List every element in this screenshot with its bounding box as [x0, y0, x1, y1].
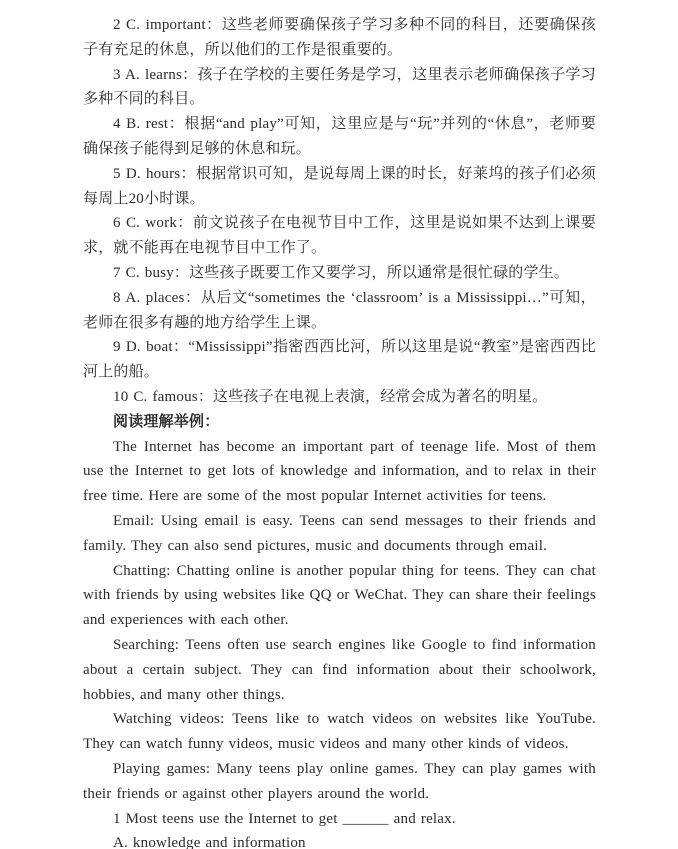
answer-explanation-2: 2 C. important：这些老师要确保孩子学习多种不同的科目，还要确保孩子…: [83, 13, 596, 63]
answer-explanation-7: 7 C. busy：这些孩子既要工作又要学习，所以通常是很忙碌的学生。: [83, 261, 596, 286]
answer-explanation-4: 4 B. rest：根据“and play”可知，这里应是与“玩”并列的“休息”…: [83, 112, 596, 162]
reading-passage-email: Email: Using email is easy. Teens can se…: [83, 509, 596, 559]
answer-explanation-10: 10 C. famous：这些孩子在电视上表演，经常会成为著名的明星。: [83, 385, 596, 410]
question-1: 1 Most teens use the Internet to get ___…: [83, 807, 596, 832]
answer-explanation-9: 9 D. boat：“Mississippi”指密西西比河，所以这里是说“教室”…: [83, 335, 596, 385]
answer-explanation-3: 3 A. learns：孩子在学校的主要任务是学习，这里表示老师确保孩子学习多种…: [83, 63, 596, 113]
section-heading-reading-comprehension: 阅读理解举例：: [83, 410, 596, 435]
answer-explanation-6: 6 C. work：前文说孩子在电视节目中工作，这里是说如果不达到上课要求，就不…: [83, 211, 596, 261]
reading-passage-playing-games: Playing games: Many teens play online ga…: [83, 757, 596, 807]
answer-explanation-5: 5 D. hours：根据常识可知，是说每周上课的时长，好莱坞的孩子们必须每周上…: [83, 162, 596, 212]
reading-passage-intro: The Internet has become an important par…: [83, 435, 596, 509]
answer-explanation-8: 8 A. places：从后文“sometimes the ‘classroom…: [83, 286, 596, 336]
document-page: 2 C. important：这些老师要确保孩子学习多种不同的科目，还要确保孩子…: [0, 0, 678, 849]
reading-passage-watching-videos: Watching videos: Teens like to watch vid…: [83, 707, 596, 757]
question-1-option-a: A. knowledge and information: [83, 831, 596, 849]
reading-passage-searching: Searching: Teens often use search engine…: [83, 633, 596, 707]
reading-passage-chatting: Chatting: Chatting online is another pop…: [83, 559, 596, 633]
